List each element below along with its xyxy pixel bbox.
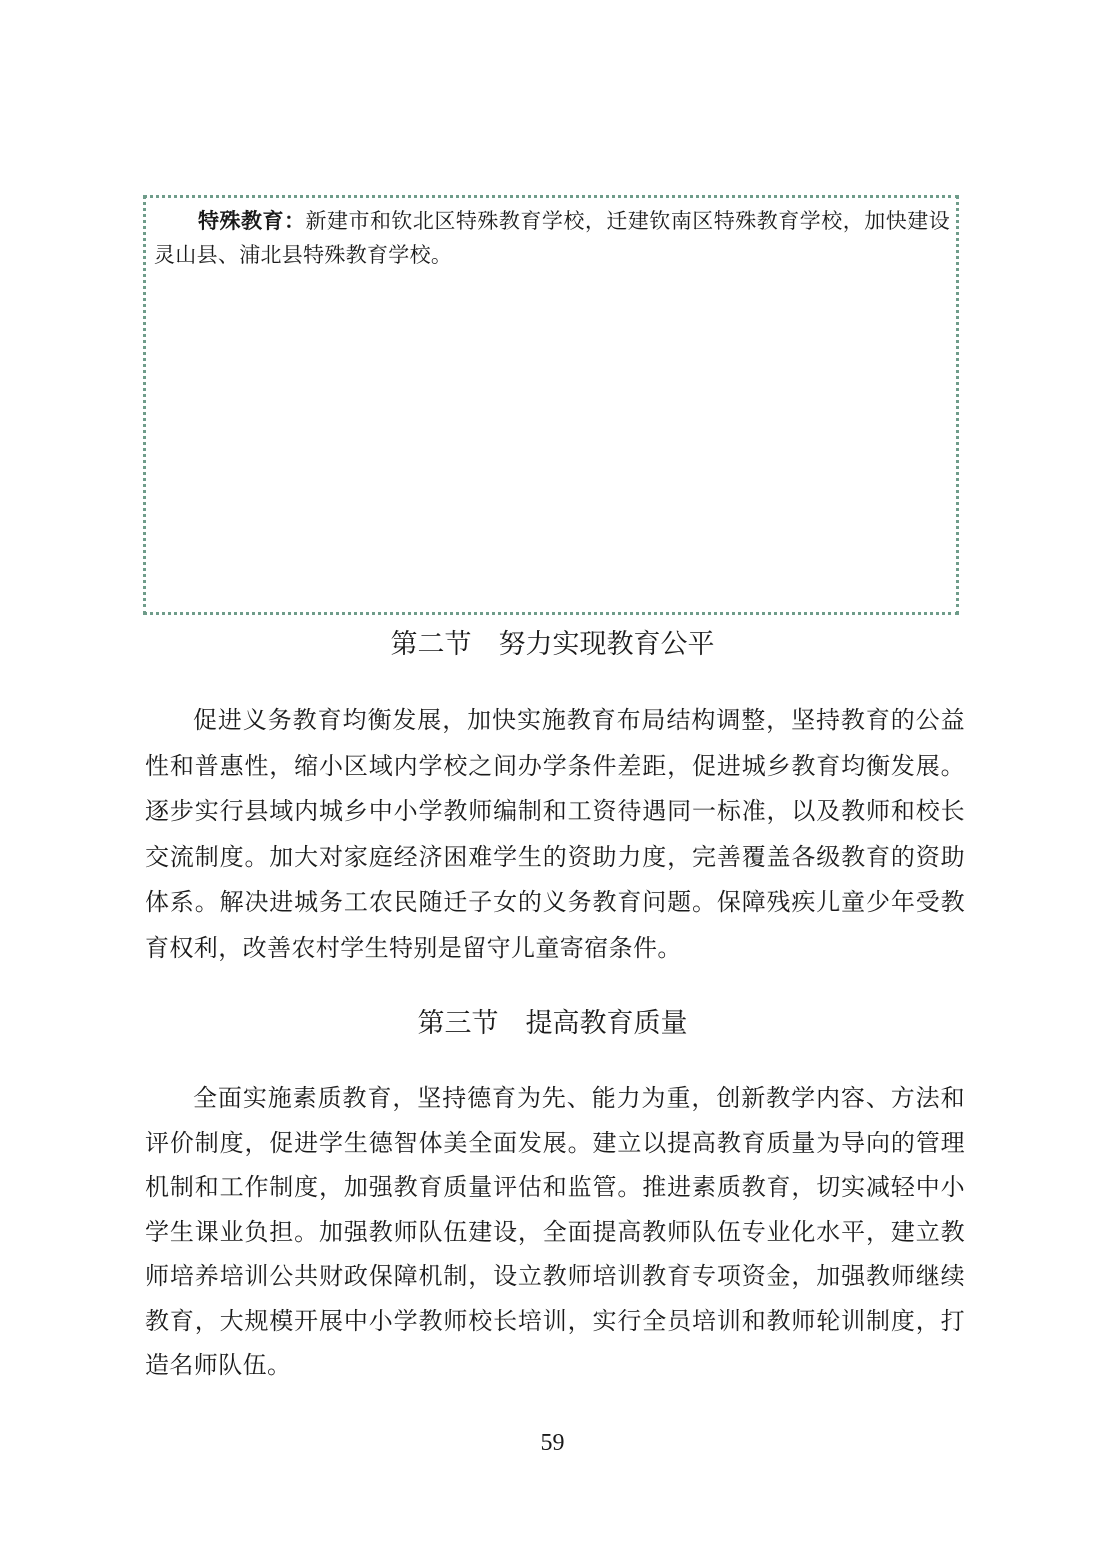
page-number: 59: [0, 1428, 1105, 1458]
callout-label: 特殊教育：: [198, 209, 305, 233]
special-education-callout-box: 特殊教育：新建市和钦北区特殊教育学校，迁建钦南区特殊教育学校，加快建设灵山县、浦…: [143, 195, 959, 615]
section-paragraph-education-quality: 全面实施素质教育，坚持德育为先、能力为重，创新教学内容、方法和评价制度，促进学生…: [145, 1076, 965, 1388]
section-paragraph-education-equity: 促进义务教育均衡发展，加快实施教育布局结构调整，坚持教育的公益性和普惠性，缩小区…: [145, 698, 965, 971]
section-heading-education-equity: 第二节 努力实现教育公平: [0, 628, 1105, 662]
callout-paragraph: 特殊教育：新建市和钦北区特殊教育学校，迁建钦南区特殊教育学校，加快建设灵山县、浦…: [154, 204, 950, 272]
section-heading-education-quality: 第三节 提高教育质量: [0, 1007, 1105, 1041]
document-page: 特殊教育：新建市和钦北区特殊教育学校，迁建钦南区特殊教育学校，加快建设灵山县、浦…: [0, 0, 1105, 1550]
